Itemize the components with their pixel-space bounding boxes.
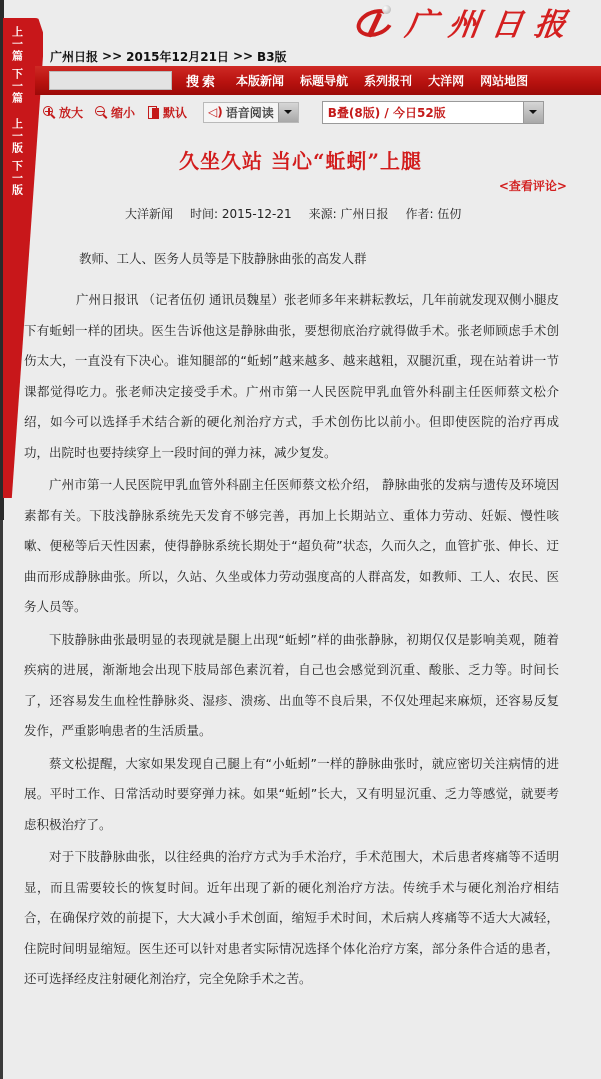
meta-author: 作者: 伍仞: [406, 205, 462, 222]
zoom-out-button[interactable]: 缩小: [95, 104, 135, 121]
zoom-out-label: 缩小: [111, 104, 135, 121]
breadcrumb-date[interactable]: 2015年12月21日: [126, 48, 229, 65]
default-size-label: 默认: [163, 104, 187, 121]
voice-read-label: 语音阅读: [226, 104, 274, 121]
zoom-out-icon: [95, 106, 108, 119]
meta-time: 时间: 2015-12-21: [190, 205, 292, 222]
chevron-down-icon[interactable]: [523, 102, 543, 123]
article-subtitle: 教师、工人、医务人员等是下肢静脉曲张的高发人群: [79, 249, 367, 267]
chevron-down-icon[interactable]: [278, 103, 298, 122]
breadcrumb-separator: >>: [102, 49, 122, 63]
edition-selected-value: B叠(8版) / 今日52版: [323, 104, 523, 121]
voice-read-label-wrap: ◁) 语音阅读: [204, 104, 278, 121]
nav-title-index[interactable]: 标题导航: [300, 72, 348, 89]
article-title: 久坐久站 当心“蚯蚓”上腿: [0, 145, 601, 174]
article-paragraph: 广州日报讯 （记者伍仞 通讯员魏星）张老师多年来耕耘教坛，几年前就发现双侧小腿皮…: [24, 285, 559, 468]
search-button[interactable]: 搜索: [186, 71, 218, 90]
logo-text: 广州日报: [403, 0, 581, 44]
zoom-in-label: 放大: [59, 104, 83, 121]
breadcrumb-separator: >>: [233, 49, 253, 63]
voice-read-select[interactable]: ◁) 语音阅读: [203, 102, 299, 123]
copy-pages-icon: [147, 106, 160, 119]
nav-series-publications[interactable]: 系列报刊: [364, 72, 412, 89]
speaker-icon: ◁): [208, 105, 223, 119]
default-size-button[interactable]: 默认: [147, 104, 187, 121]
search-input[interactable]: [49, 71, 172, 90]
next-article-link[interactable]: 下一篇: [11, 68, 24, 104]
zoom-in-button[interactable]: 放大: [43, 104, 83, 121]
breadcrumb-page[interactable]: B3版: [257, 48, 287, 65]
nav-dayoo[interactable]: 大洋网: [428, 72, 464, 89]
meta-site: 大洋新闻: [125, 205, 173, 222]
nav-page-news[interactable]: 本版新闻: [236, 72, 284, 89]
nav-sitemap[interactable]: 网站地图: [480, 72, 528, 89]
prev-article-link[interactable]: 上一篇: [11, 26, 24, 62]
main-navbar: 搜索 本版新闻 标题导航 系列报刊 大洋网 网站地图: [35, 66, 601, 95]
zoom-in-icon: [43, 106, 56, 119]
site-logo[interactable]: 广州日报: [352, 0, 592, 42]
logo-mark-icon: [352, 2, 400, 40]
breadcrumb: 广州日报 >> 2015年12月21日 >> B3版: [50, 48, 287, 64]
meta-source: 来源: 广州日报: [309, 205, 389, 222]
breadcrumb-paper[interactable]: 广州日报: [50, 48, 98, 65]
article-body: 广州日报讯 （记者伍仞 通讯员魏星）张老师多年来耕耘教坛，几年前就发现双侧小腿皮…: [24, 285, 559, 997]
article-meta: 大洋新闻 时间: 2015-12-21 来源: 广州日报 作者: 伍仞: [125, 205, 461, 222]
article-paragraph: 蔡文松提醒，大家如果发现自己腿上有“小蚯蚓”一样的静脉曲张时，就应密切关注病情的…: [24, 749, 559, 841]
article-paragraph: 对于下肢静脉曲张，以往经典的治疗方式为手术治疗，手术范围大，术后患者疼痛等不适明…: [24, 842, 559, 995]
article-paragraph: 广州市第一人民医院甲乳血管外科副主任医师蔡文松介绍， 静脉曲张的发病与遗传及环境…: [24, 470, 559, 623]
reader-toolbar: 放大 缩小 默认 ◁) 语音阅读 B叠(8版) / 今日52版: [43, 100, 598, 124]
article-paragraph: 下肢静脉曲张最明显的表现就是腿上出现“蚯蚓”样的曲张静脉，初期仅仅是影响美观，随…: [24, 625, 559, 747]
view-comments-link[interactable]: <查看评论>: [499, 177, 567, 194]
edition-select[interactable]: B叠(8版) / 今日52版: [322, 101, 544, 124]
